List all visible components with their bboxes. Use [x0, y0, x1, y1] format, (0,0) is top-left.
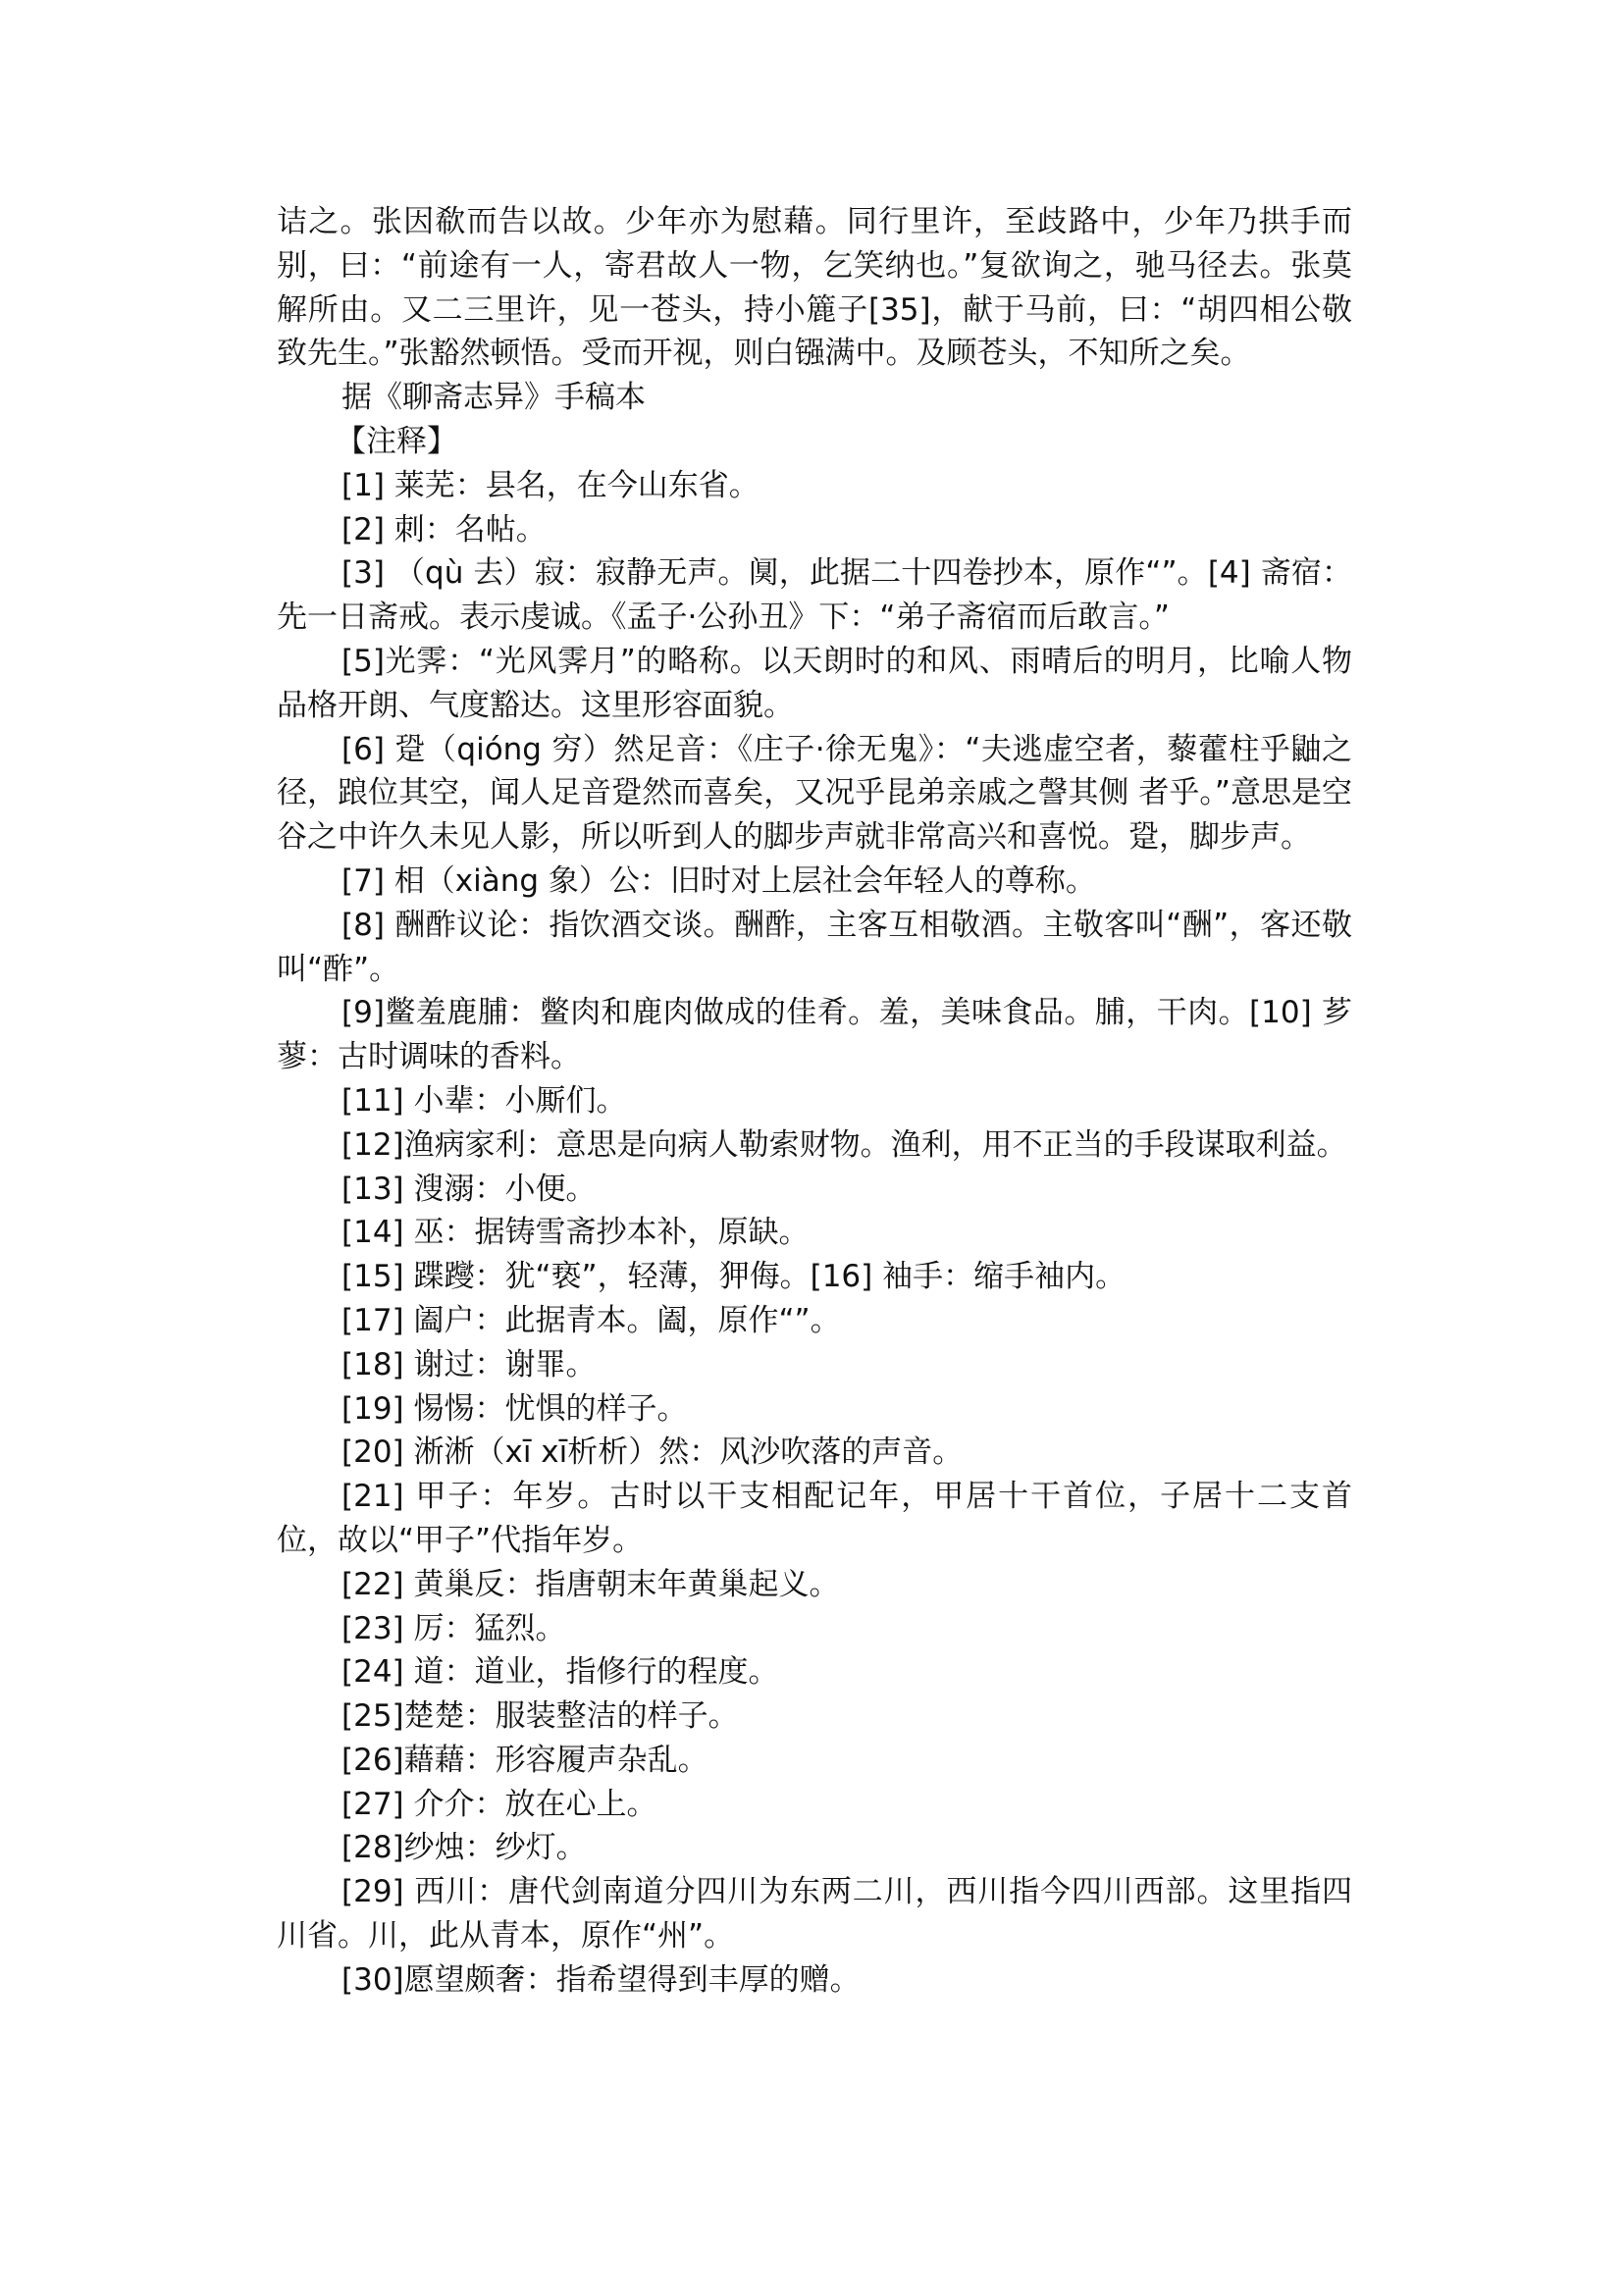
notes-heading: 【注释】 [277, 420, 1352, 464]
source-note: 据《聊斋志异》手稿本 [277, 376, 1352, 420]
note-item-19: [19] 惕惕：忧惧的样子。 [277, 1387, 1352, 1432]
note-item-13: [13] 溲溺：小便。 [277, 1168, 1352, 1212]
note-item-9-10: [9]鳖羞鹿脯：鳖肉和鹿肉做成的佳肴。羞，美味食品。脯，干肉。[10] 芗蓼：古… [277, 991, 1352, 1079]
document-page: 诘之。张因欷而告以故。少年亦为慰藉。同行里许，至歧路中，少年乃拱手而别，曰：“前… [277, 200, 1352, 2003]
note-item-3-4: [3] （qù 去）寂：寂静无声。阒，此据二十四卷抄本，原作“”。[4] 斋宿：… [277, 551, 1352, 640]
note-item-24: [24] 道：道业，指修行的程度。 [277, 1650, 1352, 1694]
note-item-15-16: [15] 蹀躞：犹“亵”，轻薄，狎侮。[16] 袖手：缩手袖内。 [277, 1255, 1352, 1299]
note-item-21: [21] 甲子：年岁。古时以干支相配记年，甲居十干首位，子居十二支首位，故以“甲… [277, 1475, 1352, 1563]
note-item-6: [6] 跫（qióng 穷）然足音：《庄子·徐无鬼》：“夫逃虚空者，藜藿柱乎鼬之… [277, 728, 1352, 860]
note-item-30: [30]愿望颇奢：指希望得到丰厚的赠。 [277, 1958, 1352, 2003]
note-item-18: [18] 谢过：谢罪。 [277, 1343, 1352, 1387]
note-item-29: [29] 西川：唐代剑南道分四川为东两二川，西川指今四川西部。这里指四川省。川，… [277, 1870, 1352, 1958]
note-item-23: [23] 厉：猛烈。 [277, 1607, 1352, 1651]
note-item-11: [11] 小辈：小厮们。 [277, 1079, 1352, 1123]
note-item-25: [25]楚楚：服装整洁的样子。 [277, 1694, 1352, 1739]
note-item-28: [28]纱烛：纱灯。 [277, 1826, 1352, 1870]
note-item-17: [17] 阖户：此据青本。阖，原作“”。 [277, 1299, 1352, 1343]
note-item-12: [12]渔病家利：意思是向病人勒索财物。渔利，用不正当的手段谋取利益。 [277, 1123, 1352, 1168]
note-item-5: [5]光霁：“光风霁月”的略称。以天朗时的和风、雨晴后的明月，比喻人物品格开朗、… [277, 640, 1352, 728]
note-item-26: [26]藉藉：形容履声杂乱。 [277, 1739, 1352, 1783]
note-item-14: [14] 巫：据铸雪斋抄本补，原缺。 [277, 1211, 1352, 1255]
story-paragraph: 诘之。张因欷而告以故。少年亦为慰藉。同行里许，至歧路中，少年乃拱手而别，曰：“前… [277, 200, 1352, 376]
note-item-27: [27] 介介：放在心上。 [277, 1783, 1352, 1827]
note-item-1: [1] 莱芜：县名，在今山东省。 [277, 464, 1352, 508]
note-item-8: [8] 酬酢议论：指饮酒交谈。酬酢，主客互相敬酒。主敬客叫“酬”，客还敬叫“酢”… [277, 904, 1352, 992]
note-item-2: [2] 刺：名帖。 [277, 508, 1352, 552]
note-item-7: [7] 相（xiàng 象）公：旧时对上层社会年轻人的尊称。 [277, 860, 1352, 904]
note-item-20: [20] 淅淅（xī xī析析）然：风沙吹落的声音。 [277, 1431, 1352, 1475]
note-item-22: [22] 黄巢反：指唐朝末年黄巢起义。 [277, 1563, 1352, 1607]
